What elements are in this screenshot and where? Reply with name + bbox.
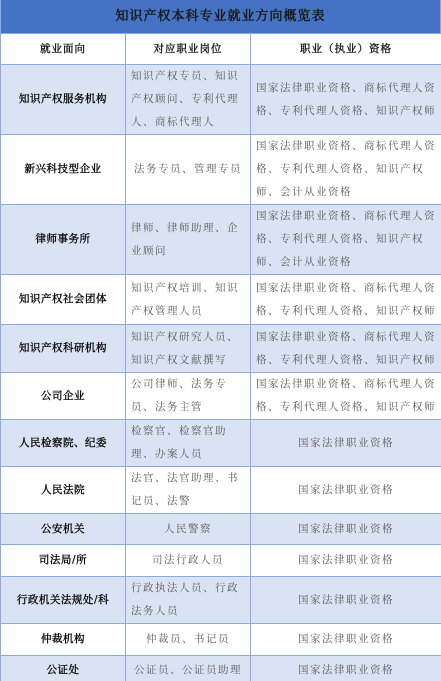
table-row: 公司企业 公司律师、法务专员、法务主管 国家法律职业资格、商标代理人资格、专利代… <box>1 373 441 420</box>
qualifications-cell: 国家法律职业资格、商标代理人资格、专利代理人资格、知识产权师 <box>251 373 441 420</box>
field-cell: 行政机关法规处/科 <box>1 577 126 624</box>
positions-cell: 知识产权研究人员、知识产权文献撰写 <box>126 325 251 373</box>
positions-cell: 行政执法人员、行政法务人员 <box>126 577 251 624</box>
table-row: 知识产权服务机构 知识产权专员、知识产权顾问、专利代理人、商标代理人 国家法律职… <box>1 65 441 135</box>
field-cell: 知识产权科研机构 <box>1 325 126 373</box>
table-row: 律师事务所 律师、律师助理、企业顾问 国家法律职业资格、商标代理人资格、专利代理… <box>1 205 441 275</box>
table-row: 司法局/所 司法行政人员 国家法律职业资格 <box>1 545 441 577</box>
field-cell: 仲裁机构 <box>1 624 126 656</box>
field-cell: 人民检察院、纪委 <box>1 420 126 467</box>
qualifications-cell: 国家法律职业资格、商标代理人资格、专利代理人资格、知识产权师 <box>251 275 441 325</box>
table-row: 新兴科技型企业 法务专员、管理专员 国家法律职业资格、商标代理人资格、专利代理人… <box>1 135 441 205</box>
qualifications-cell: 国家法律职业资格 <box>251 656 441 681</box>
field-cell: 知识产权社会团体 <box>1 275 126 325</box>
table-row: 人民法院 法官、法官助理、书记员、法警 国家法律职业资格 <box>1 467 441 514</box>
qualifications-cell: 国家法律职业资格 <box>251 577 441 624</box>
qualifications-cell: 国家法律职业资格 <box>251 545 441 577</box>
table-row: 公证处 公证员、公证员助理 国家法律职业资格 <box>1 656 441 681</box>
field-cell: 知识产权服务机构 <box>1 65 126 135</box>
header-positions: 对应职业岗位 <box>126 34 251 65</box>
field-cell: 新兴科技型企业 <box>1 135 126 205</box>
table-row: 知识产权科研机构 知识产权研究人员、知识产权文献撰写 国家法律职业资格、商标代理… <box>1 325 441 373</box>
field-cell: 司法局/所 <box>1 545 126 577</box>
qualifications-cell: 国家法律职业资格、商标代理人资格、专利代理人资格、知识产权师 <box>251 65 441 135</box>
positions-cell: 仲裁员、书记员 <box>126 624 251 656</box>
positions-cell: 公证员、公证员助理 <box>126 656 251 681</box>
positions-cell: 检察官、检察官助理、办案人员 <box>126 420 251 467</box>
field-cell: 公司企业 <box>1 373 126 420</box>
table-row: 仲裁机构 仲裁员、书记员 国家法律职业资格 <box>1 624 441 656</box>
qualifications-cell: 国家法律职业资格 <box>251 514 441 545</box>
header-field: 就业面向 <box>1 34 126 65</box>
positions-cell: 法务专员、管理专员 <box>126 135 251 205</box>
table-row: 知识产权社会团体 知识产权培训、知识产权管理人员 国家法律职业资格、商标代理人资… <box>1 275 441 325</box>
positions-cell: 法官、法官助理、书记员、法警 <box>126 467 251 514</box>
qualifications-cell: 国家法律职业资格、商标代理人资格、专利代理人资格、知识产权师、会计从业资格 <box>251 135 441 205</box>
header-row: 就业面向 对应职业岗位 职业（执业）资格 <box>1 34 441 65</box>
table-row: 公安机关 人民警察 国家法律职业资格 <box>1 514 441 545</box>
field-cell: 公安机关 <box>1 514 126 545</box>
qualifications-cell: 国家法律职业资格 <box>251 467 441 514</box>
qualifications-cell: 国家法律职业资格、商标代理人资格、专利代理人资格、知识产权师、会计从业资格 <box>251 205 441 275</box>
field-cell: 公证处 <box>1 656 126 681</box>
table-title: 知识产权本科专业就业方向概览表 <box>0 0 441 33</box>
qualifications-cell: 国家法律职业资格 <box>251 624 441 656</box>
table-row: 人民检察院、纪委 检察官、检察官助理、办案人员 国家法律职业资格 <box>1 420 441 467</box>
positions-cell: 知识产权专员、知识产权顾问、专利代理人、商标代理人 <box>126 65 251 135</box>
table-row: 行政机关法规处/科 行政执法人员、行政法务人员 国家法律职业资格 <box>1 577 441 624</box>
header-qualifications: 职业（执业）资格 <box>251 34 441 65</box>
positions-cell: 知识产权培训、知识产权管理人员 <box>126 275 251 325</box>
positions-cell: 公司律师、法务专员、法务主管 <box>126 373 251 420</box>
field-cell: 律师事务所 <box>1 205 126 275</box>
employment-overview-table-document: 知识产权本科专业就业方向概览表 就业面向 对应职业岗位 职业（执业）资格 知识产… <box>0 0 441 681</box>
positions-cell: 人民警察 <box>126 514 251 545</box>
positions-cell: 律师、律师助理、企业顾问 <box>126 205 251 275</box>
employment-table: 就业面向 对应职业岗位 职业（执业）资格 知识产权服务机构 知识产权专员、知识产… <box>0 33 441 681</box>
positions-cell: 司法行政人员 <box>126 545 251 577</box>
qualifications-cell: 国家法律职业资格、商标代理人资格、专利代理人资格、知识产权师 <box>251 325 441 373</box>
qualifications-cell: 国家法律职业资格 <box>251 420 441 467</box>
field-cell: 人民法院 <box>1 467 126 514</box>
